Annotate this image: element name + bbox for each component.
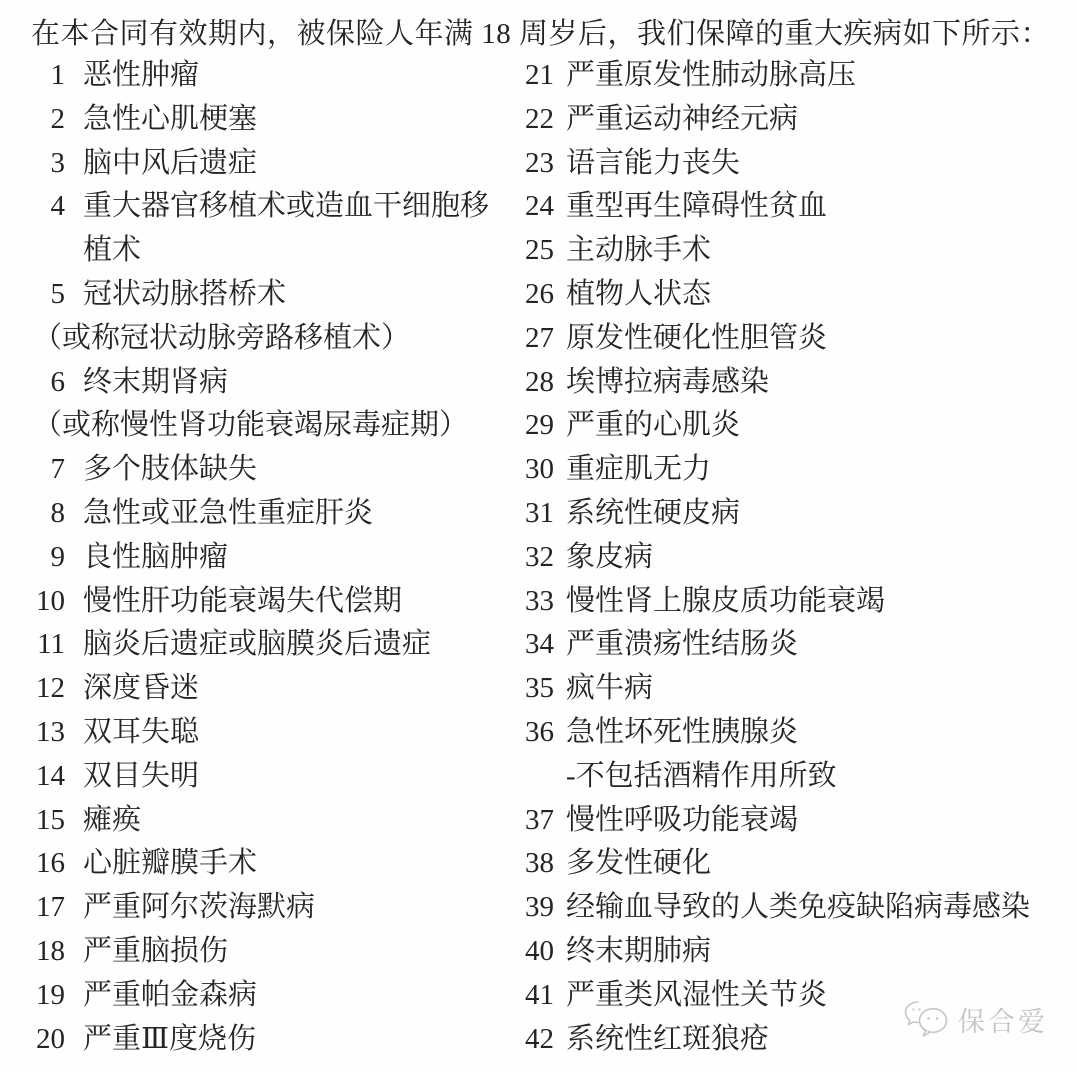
disease-row: 19严重帕金森病 — [33, 974, 503, 1018]
disease-row: 22严重运动神经元病 — [522, 98, 1062, 142]
item-text: 严重帕金森病 — [83, 974, 257, 1018]
item-text: 多发性硬化 — [566, 842, 711, 886]
disease-row: 29严重的心肌炎 — [522, 404, 1062, 448]
item-text: 植术 — [83, 229, 141, 273]
item-number: 24 — [522, 185, 554, 229]
item-text: -不包括酒精作用所致 — [566, 755, 837, 799]
item-text: 重症肌无力 — [566, 448, 711, 492]
item-number: 39 — [522, 886, 554, 930]
item-text: 恶性肿瘤 — [83, 54, 199, 98]
disease-row: 12深度昏迷 — [33, 667, 503, 711]
item-text: （或称慢性肾功能衰竭尿毒症期） — [33, 404, 468, 448]
item-number: 30 — [522, 448, 554, 492]
item-text: 严重的心肌炎 — [566, 404, 740, 448]
disease-row: 10慢性肝功能衰竭失代偿期 — [33, 580, 503, 624]
item-text: 严重运动神经元病 — [566, 98, 798, 142]
item-number: 36 — [522, 711, 554, 755]
item-number: 25 — [522, 229, 554, 273]
watermark: 保合爱 — [903, 999, 1048, 1039]
item-text: 心脏瓣膜手术 — [83, 842, 257, 886]
disease-list-right: 21严重原发性肺动脉高压22严重运动神经元病23语言能力丧失24重型再生障碍性贫… — [522, 54, 1062, 1061]
disease-row: 5冠状动脉搭桥术 — [33, 273, 503, 317]
item-text: 急性或亚急性重症肝炎 — [83, 492, 373, 536]
item-number: 42 — [522, 1018, 554, 1062]
item-number: 1 — [33, 54, 65, 98]
item-number: 37 — [522, 799, 554, 843]
item-text: 经输血导致的人类免疫缺陷病毒感染 — [566, 886, 1030, 930]
disease-row: 30重症肌无力 — [522, 448, 1062, 492]
disease-row: 18严重脑损伤 — [33, 930, 503, 974]
item-text: 终末期肺病 — [566, 930, 711, 974]
item-number: 15 — [33, 799, 65, 843]
item-text: 象皮病 — [566, 536, 653, 580]
item-number: 2 — [33, 98, 65, 142]
item-text: 严重原发性肺动脉高压 — [566, 54, 856, 98]
item-number: 17 — [33, 886, 65, 930]
disease-row: 33慢性肾上腺皮质功能衰竭 — [522, 580, 1062, 624]
item-text: 双目失明 — [83, 755, 199, 799]
disease-row: 11脑炎后遗症或脑膜炎后遗症 — [33, 623, 503, 667]
disease-row: 17严重阿尔茨海默病 — [33, 886, 503, 930]
document-page: 在本合同有效期内，被保险人年满 18 周岁后，我们保障的重大疾病如下所示： 1恶… — [0, 0, 1076, 1072]
item-text: 终末期肾病 — [83, 361, 228, 405]
document-intro-text: 在本合同有效期内，被保险人年满 18 周岁后，我们保障的重大疾病如下所示： — [31, 16, 1050, 52]
item-number: 5 — [33, 273, 65, 317]
item-number: 28 — [522, 361, 554, 405]
disease-row-continuation: （或称冠状动脉旁路移植术） — [33, 317, 503, 361]
disease-row: 3脑中风后遗症 — [33, 142, 503, 186]
item-text: 主动脉手术 — [566, 229, 711, 273]
item-number: 19 — [33, 974, 65, 1018]
item-number: 23 — [522, 142, 554, 186]
item-text: 严重溃疡性结肠炎 — [566, 623, 798, 667]
item-text: 脑炎后遗症或脑膜炎后遗症 — [83, 623, 431, 667]
item-number: 38 — [522, 842, 554, 886]
item-number: 21 — [522, 54, 554, 98]
disease-row: 13双耳失聪 — [33, 711, 503, 755]
item-text: 严重阿尔茨海默病 — [83, 886, 315, 930]
item-text: 良性脑肿瘤 — [83, 536, 228, 580]
item-text: 严重脑损伤 — [83, 930, 228, 974]
watermark-brand-name: 保合爱 — [958, 1000, 1048, 1039]
item-text: 深度昏迷 — [83, 667, 199, 711]
item-number: 22 — [522, 98, 554, 142]
item-number: 13 — [33, 711, 65, 755]
disease-row-continuation: （或称慢性肾功能衰竭尿毒症期） — [33, 404, 503, 448]
disease-row: 36急性坏死性胰腺炎 — [522, 711, 1062, 755]
item-text: 急性心肌梗塞 — [83, 98, 257, 142]
disease-row: 38多发性硬化 — [522, 842, 1062, 886]
disease-row: 25主动脉手术 — [522, 229, 1062, 273]
disease-row: 35疯牛病 — [522, 667, 1062, 711]
disease-row: 6终末期肾病 — [33, 361, 503, 405]
item-number: 34 — [522, 623, 554, 667]
item-text: 植物人状态 — [566, 273, 711, 317]
item-text: 脑中风后遗症 — [83, 142, 257, 186]
item-text: 埃博拉病毒感染 — [566, 361, 769, 405]
disease-row: 14双目失明 — [33, 755, 503, 799]
disease-row: 37慢性呼吸功能衰竭 — [522, 799, 1062, 843]
item-number: 20 — [33, 1018, 65, 1062]
disease-row: 26植物人状态 — [522, 273, 1062, 317]
item-number: 40 — [522, 930, 554, 974]
item-number: 8 — [33, 492, 65, 536]
item-number: 33 — [522, 580, 554, 624]
item-number: 6 — [33, 361, 65, 405]
item-text: 严重类风湿性关节炎 — [566, 974, 827, 1018]
disease-row: 9良性脑肿瘤 — [33, 536, 503, 580]
item-number: 29 — [522, 404, 554, 448]
item-text: 原发性硬化性胆管炎 — [566, 317, 827, 361]
item-number: 41 — [522, 974, 554, 1018]
item-text: 严重Ⅲ度烧伤 — [83, 1018, 256, 1062]
item-number: 31 — [522, 492, 554, 536]
disease-list-left: 1恶性肿瘤2急性心肌梗塞3脑中风后遗症4重大器官移植术或造血干细胞移植术5冠状动… — [33, 54, 503, 1061]
item-number: 12 — [33, 667, 65, 711]
item-number: 32 — [522, 536, 554, 580]
disease-row: 21严重原发性肺动脉高压 — [522, 54, 1062, 98]
item-text: 冠状动脉搭桥术 — [83, 273, 286, 317]
disease-row: 28埃博拉病毒感染 — [522, 361, 1062, 405]
item-number: 16 — [33, 842, 65, 886]
item-text: 慢性肾上腺皮质功能衰竭 — [566, 580, 885, 624]
disease-row: 32象皮病 — [522, 536, 1062, 580]
item-text: 语言能力丧失 — [566, 142, 740, 186]
item-text: 系统性红斑狼疮 — [566, 1018, 769, 1062]
disease-row: 15瘫痪 — [33, 799, 503, 843]
disease-row: 23语言能力丧失 — [522, 142, 1062, 186]
disease-row: 40终末期肺病 — [522, 930, 1062, 974]
disease-row: 27原发性硬化性胆管炎 — [522, 317, 1062, 361]
item-text: 双耳失聪 — [83, 711, 199, 755]
item-number: 10 — [33, 580, 65, 624]
disease-row: 31系统性硬皮病 — [522, 492, 1062, 536]
item-text: 急性坏死性胰腺炎 — [566, 711, 798, 755]
disease-row: 1恶性肿瘤 — [33, 54, 503, 98]
item-text: （或称冠状动脉旁路移植术） — [33, 317, 410, 361]
disease-row: 24重型再生障碍性贫血 — [522, 185, 1062, 229]
disease-row-continuation: -不包括酒精作用所致 — [522, 755, 1062, 799]
item-number: 3 — [33, 142, 65, 186]
disease-row: 7多个肢体缺失 — [33, 448, 503, 492]
item-text: 慢性呼吸功能衰竭 — [566, 799, 798, 843]
disease-row: 4重大器官移植术或造血干细胞移 — [33, 185, 503, 229]
item-number: 27 — [522, 317, 554, 361]
disease-row: 39经输血导致的人类免疫缺陷病毒感染 — [522, 886, 1062, 930]
disease-row: 20严重Ⅲ度烧伤 — [33, 1018, 503, 1062]
item-text: 慢性肝功能衰竭失代偿期 — [83, 580, 402, 624]
item-text: 疯牛病 — [566, 667, 653, 711]
disease-row: 16心脏瓣膜手术 — [33, 842, 503, 886]
item-number: 9 — [33, 536, 65, 580]
item-text: 系统性硬皮病 — [566, 492, 740, 536]
item-number: 7 — [33, 448, 65, 492]
disease-row: 2急性心肌梗塞 — [33, 98, 503, 142]
item-number: 4 — [33, 185, 65, 229]
item-text: 多个肢体缺失 — [83, 448, 257, 492]
item-number: 14 — [33, 755, 65, 799]
item-number: 11 — [33, 623, 65, 667]
disease-row-continuation: 植术 — [33, 229, 503, 273]
item-number: 18 — [33, 930, 65, 974]
item-number: 35 — [522, 667, 554, 711]
disease-row: 8急性或亚急性重症肝炎 — [33, 492, 503, 536]
item-text: 重大器官移植术或造血干细胞移 — [83, 185, 489, 229]
item-number: 26 — [522, 273, 554, 317]
chat-bubbles-logo-icon — [903, 999, 951, 1039]
item-text: 瘫痪 — [83, 799, 141, 843]
item-text: 重型再生障碍性贫血 — [566, 185, 827, 229]
disease-row: 34严重溃疡性结肠炎 — [522, 623, 1062, 667]
